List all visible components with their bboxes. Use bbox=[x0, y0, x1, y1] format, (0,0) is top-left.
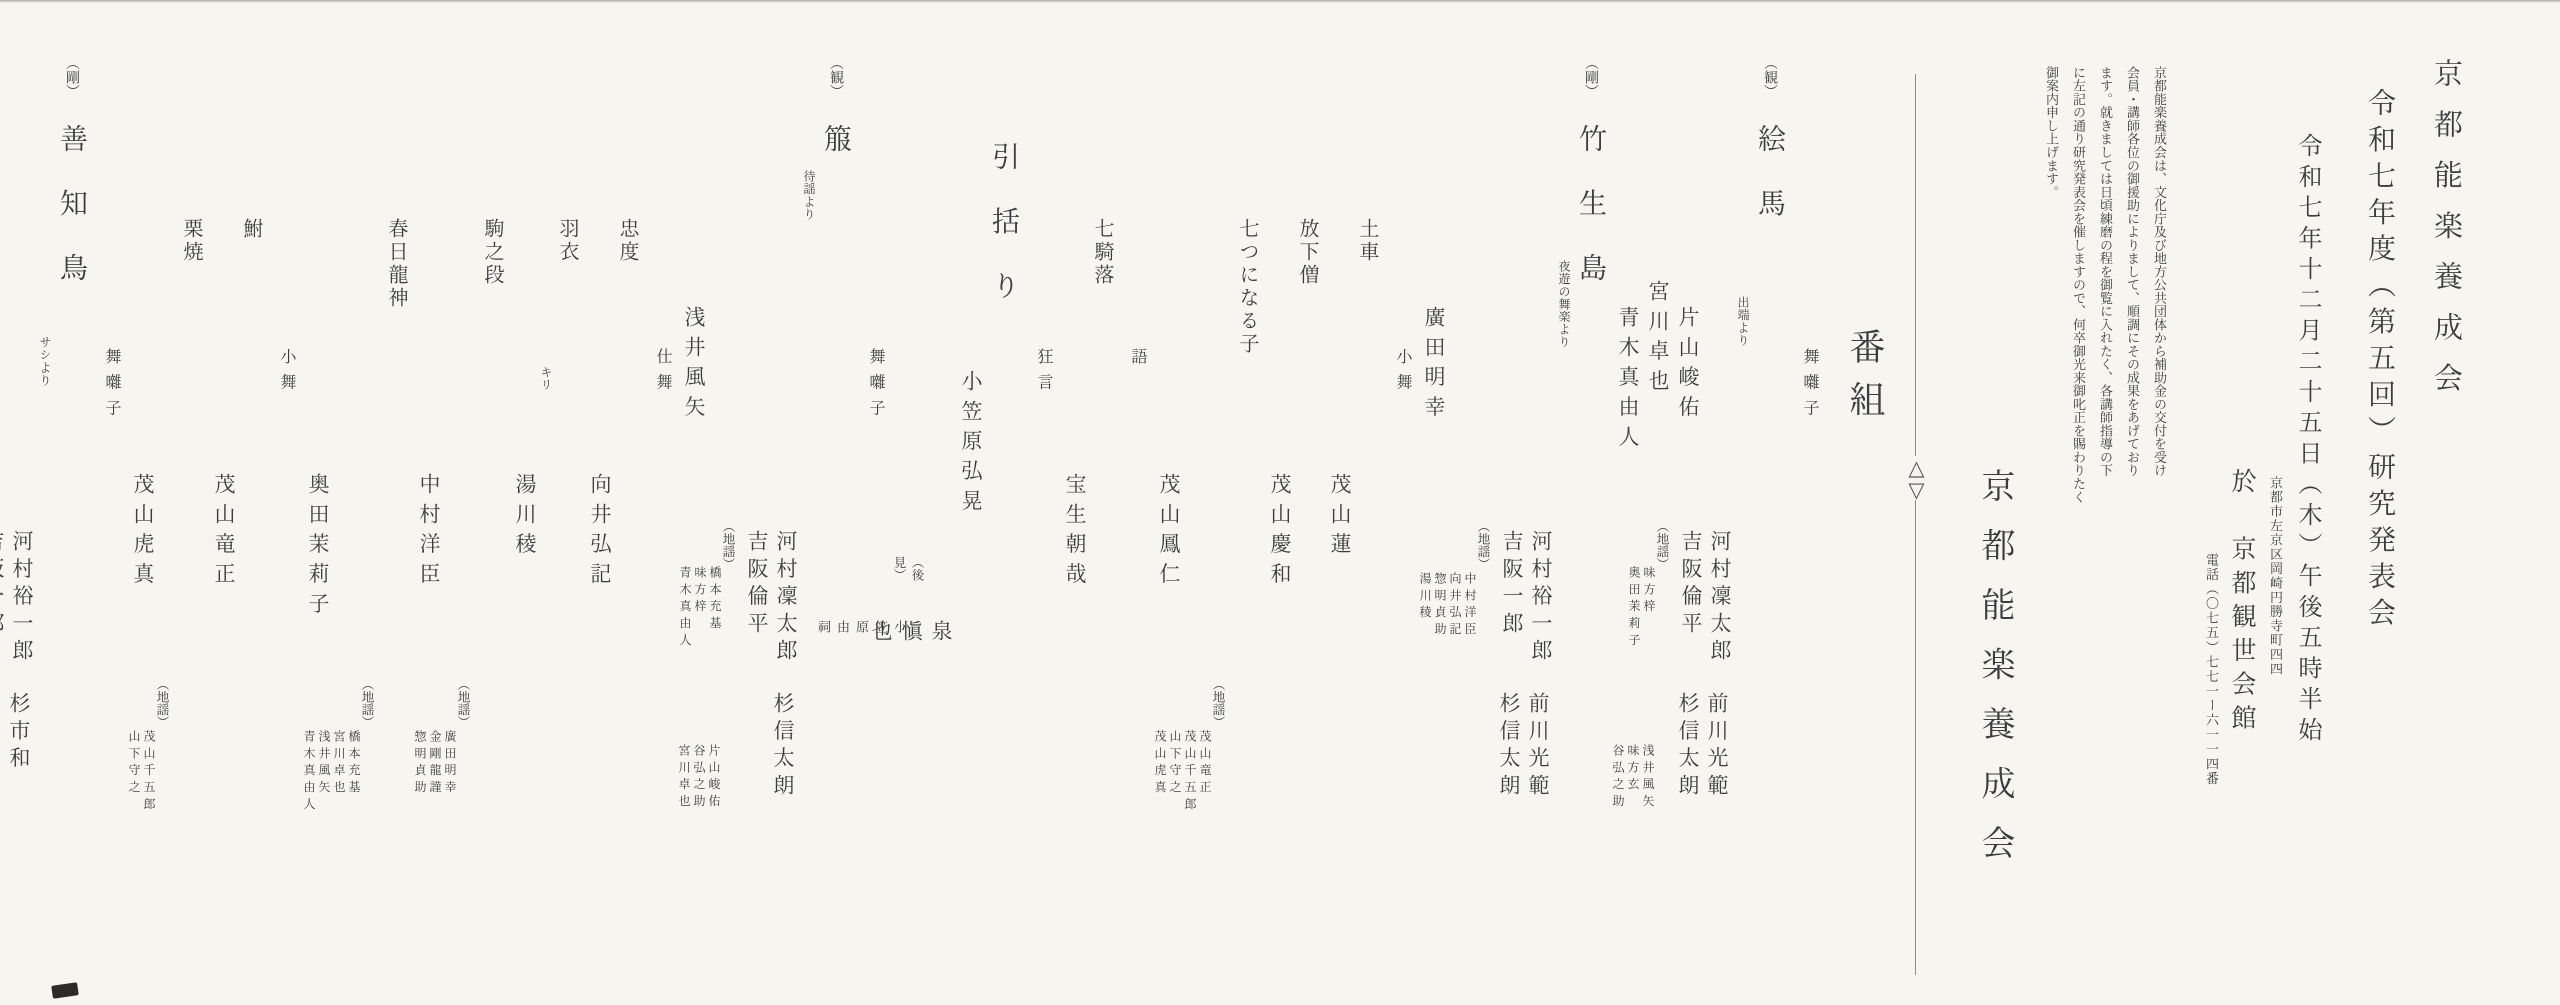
performer-name: 茂山蓮 bbox=[1327, 48, 1355, 678]
program-group: 語七騎落宝生朝哉 bbox=[1060, 48, 1150, 989]
performer-name: 向井弘記 bbox=[587, 48, 615, 678]
performer-name: 茂山竜正 bbox=[211, 48, 239, 678]
jiutai-label: （地謡） bbox=[158, 678, 171, 978]
jiutai-column: 茂山虎真 bbox=[1155, 678, 1169, 978]
musician-name: 吉阪倫平 bbox=[745, 530, 769, 639]
piece-title-col: （剛）竹生島 bbox=[1575, 48, 1611, 989]
scanned-noh-program: 京都能楽養成会 令和七年度（第五回）研究発表会 令和七年十二月二十五日（木）午後… bbox=[0, 0, 2560, 1005]
program-group: 小舞土車茂山蓮放下僧茂山慶和七つになる子茂山鳳仁（地謡）茂山竜正茂山千五郎山下守… bbox=[1154, 48, 1415, 989]
piece-title: 善知鳥 bbox=[56, 124, 89, 317]
lower-band: （地謡）橋本充基宮川卓也浅井風矢青木真由人 bbox=[303, 678, 384, 978]
piece-title-col: 栗焼 bbox=[181, 48, 207, 989]
genre-label: 小舞 bbox=[275, 48, 299, 989]
greeting-line: 御案内申し上げます。 bbox=[2044, 48, 2060, 989]
program-group: 小舞鮒茂山竜正栗焼茂山虎真（地謡）茂山千五郎山下守之 bbox=[128, 48, 299, 989]
musicians-block: 河村裕一郎杉市和吉阪一郎 bbox=[0, 520, 37, 940]
greeting-paragraph: 京都能楽養成会は、文化庁及び地方公共団体から補助金の交付を受け 会員・講師各位の… bbox=[2044, 48, 2168, 989]
musician-name: 河村凜太郎 bbox=[1708, 530, 1732, 667]
program-sheet: 京都能楽養成会 令和七年度（第五回）研究発表会 令和七年十二月二十五日（木）午後… bbox=[0, 0, 2560, 1005]
musician-name: 吉阪一郎 bbox=[0, 530, 5, 639]
performer-band: 奥田茉莉子 bbox=[303, 48, 333, 678]
piece: 放下僧茂山慶和 bbox=[1265, 48, 1323, 989]
performer-name: 中村洋臣 bbox=[416, 48, 444, 678]
piece-title-col: 鮒 bbox=[241, 48, 267, 989]
performer-name: 宮川卓也 bbox=[1645, 48, 1673, 520]
piece: （観）箙待謡より浅井風矢河村凜太郎杉信太朗吉阪倫平（地謡）橋本充基片山峻佑味方梓… bbox=[679, 48, 856, 989]
jiutai-name: 茂山千五郎 bbox=[1183, 730, 1197, 814]
jiutai-column: 奥田茉莉子味方玄 bbox=[1629, 520, 1643, 940]
jiutai-name: 茂山虎真 bbox=[1153, 730, 1167, 797]
jiutai-label: （地謡） bbox=[459, 678, 472, 978]
jiutai-name: 味方梓 bbox=[693, 566, 707, 616]
performer-name: 宝生朝哉 bbox=[1062, 48, 1090, 678]
piece: （剛）善知鳥サシより惣明貞助河村裕一郎杉市和吉阪一郎（地謡）廣田明幸湯川稜中村洋… bbox=[0, 48, 92, 989]
jiutai-column: 湯川稜 bbox=[1420, 520, 1434, 940]
greeting-line: ます。就きましては日頃練磨の程を御覧に入れたく、各講師指導の下 bbox=[2098, 48, 2114, 989]
performer-name: 片山峻佑 bbox=[1675, 48, 1703, 520]
lower-band: （地謡）廣田明幸金剛龍謹惣明貞助 bbox=[414, 678, 480, 978]
jiutai-block: （地謡）茂山竜正茂山千五郎山下守之茂山虎真 bbox=[1154, 678, 1227, 978]
jiutai-block: （地謡）中村洋臣向井弘記惣明貞助湯川稜 bbox=[1419, 520, 1492, 940]
performer-name: 茂山鳳仁 bbox=[1156, 48, 1184, 678]
performers-area: 茂山竜正 bbox=[209, 48, 239, 678]
jiutai-name: 惣明貞助 bbox=[1433, 572, 1447, 639]
jiutai-column: 廣田明幸 bbox=[445, 678, 459, 978]
jiutai-name: 廣田明幸 bbox=[443, 730, 457, 797]
performers-area: 片山峻佑宮川卓也青木真由人河村凜太郎前川光範吉阪倫平杉信太朗（地謡）味方梓浅井風… bbox=[1613, 48, 1737, 940]
program-group: 舞囃子（剛）善知鳥サシより惣明貞助河村裕一郎杉市和吉阪一郎（地謡）廣田明幸湯川稜… bbox=[0, 48, 124, 989]
performer-band: 浅井風矢 bbox=[679, 48, 709, 520]
performer-band: 宝生朝哉 bbox=[1060, 48, 1090, 678]
piece-title: 忠度 bbox=[616, 218, 640, 264]
lower-band: 河村凜太郎杉信太朗吉阪倫平（地謡）橋本充基片山峻佑味方梓谷弘之助青木真由人宮川卓… bbox=[679, 520, 803, 940]
piece-title: 引括り bbox=[988, 142, 1021, 335]
piece-title: 絵馬 bbox=[1754, 124, 1787, 253]
jiutai-column: 青木真由人宮川卓也 bbox=[680, 520, 694, 940]
program-group: 仕舞忠度向井弘記羽衣キリ湯川稜駒之段中村洋臣（地謡）廣田明幸金剛龍謹惣明貞助春日… bbox=[303, 48, 675, 989]
performer-band: 茂山虎真 bbox=[128, 48, 158, 678]
performers-area: 茂山蓮 bbox=[1325, 48, 1355, 678]
event-datetime: 令和七年十二月二十五日（木）午後五時半始 bbox=[2286, 48, 2326, 989]
musician-column: 吉阪一郎 bbox=[0, 520, 8, 940]
jiutai-column: 浅井風矢 bbox=[319, 678, 333, 978]
jiutai-column: 山下守之 bbox=[129, 678, 143, 978]
performer-name: 小笠原弘晃 bbox=[958, 48, 986, 520]
greeting-line: に左記の通り研究発表会を催しますので、何卒御光来御叱正を賜わりたく bbox=[2071, 48, 2087, 989]
musician-column: 吉阪一郎杉信太朗 bbox=[1499, 520, 1527, 940]
jiutai-column: 茂山千五郎 bbox=[1185, 678, 1199, 978]
musicians-block: 河村凜太郎杉信太朗吉阪倫平 bbox=[743, 520, 801, 940]
piece: 土車茂山蓮 bbox=[1325, 48, 1383, 989]
lower-band: 河村裕一郎杉市和吉阪一郎（地謡）廣田明幸湯川稜中村洋臣金剛龍謹向井弘記 bbox=[0, 520, 39, 940]
venue-phone: 電話（〇七五）七七一ー六一一四番 bbox=[2202, 48, 2220, 989]
performer-band: 茂山竜正 bbox=[209, 48, 239, 678]
performer-name: 湯川稜 bbox=[512, 48, 540, 678]
musician-column: 河村裕一郎杉市和 bbox=[9, 520, 37, 940]
jiutai-label: （地謡） bbox=[1658, 520, 1671, 940]
jiutai-block: （地謡）橋本充基片山峻佑味方梓谷弘之助青木真由人宮川卓也 bbox=[679, 520, 737, 940]
piece-title: 春日龍神 bbox=[385, 218, 409, 310]
jiutai-label: （地謡） bbox=[1479, 520, 1492, 940]
piece: 引括り小笠原弘晃泉愼也（後見）小笠原由祠 bbox=[892, 48, 1024, 989]
piece: （観）絵馬出端より片山峻佑宮川卓也青木真由人河村凜太郎前川光範吉阪倫平杉信太朗（… bbox=[1613, 48, 1790, 989]
jiutai-column: 惣明貞助 bbox=[1435, 520, 1449, 940]
jiutai-column: 惣明貞助 bbox=[415, 678, 429, 978]
jiutai-column: 茂山竜正 bbox=[1200, 678, 1214, 978]
divider-line bbox=[1915, 74, 1917, 975]
performer-band: 茂山鳳仁 bbox=[1154, 48, 1184, 678]
jiutai-block: （地謡）橋本充基宮川卓也浅井風矢青木真由人 bbox=[303, 678, 376, 978]
piece: 羽衣キリ湯川稜 bbox=[510, 48, 583, 989]
performers-area: 中村洋臣（地謡）廣田明幸金剛龍謹惣明貞助 bbox=[414, 48, 480, 978]
musician-name: 杉信太朗 bbox=[1673, 692, 1703, 801]
genre-label: 舞囃子 bbox=[1798, 48, 1822, 989]
piece-title-col: 羽衣 bbox=[557, 48, 583, 989]
performers-area: 宝生朝哉 bbox=[1060, 48, 1090, 678]
jiutai-column: 宮川卓也 bbox=[334, 678, 348, 978]
piece-title: 栗焼 bbox=[180, 218, 204, 264]
jiutai-name: 湯川稜 bbox=[1418, 572, 1432, 622]
piece: 春日龍神奥田茉莉子（地謡）橋本充基宮川卓也浅井風矢青木真由人 bbox=[303, 48, 412, 989]
jiutai-name: 向井弘記 bbox=[1448, 572, 1462, 639]
piece-title: 竹生島 bbox=[1575, 124, 1608, 317]
genre-label: 狂言 bbox=[1032, 48, 1056, 989]
performer-name: 茂山虎真 bbox=[130, 48, 158, 678]
school-mark: （観） bbox=[1762, 56, 1778, 98]
musicians-block: 河村凜太郎前川光範吉阪倫平杉信太朗 bbox=[1677, 520, 1735, 940]
jiutai-column: 向井弘記 bbox=[1450, 520, 1464, 940]
piece-title-col: （観）箙 bbox=[820, 48, 856, 989]
performers-area: 浅井風矢河村凜太郎杉信太朗吉阪倫平（地謡）橋本充基片山峻佑味方梓谷弘之助青木真由… bbox=[679, 48, 803, 940]
piece-title-col: 放下僧 bbox=[1297, 48, 1323, 989]
piece-title: 箙 bbox=[820, 124, 853, 188]
jiutai-name: 谷弘之助 bbox=[1610, 744, 1627, 811]
musicians-block: 河村裕一郎前川光範吉阪一郎杉信太朗 bbox=[1498, 520, 1556, 940]
performers-area: 奥田茉莉子（地謡）橋本充基宮川卓也浅井風矢青木真由人 bbox=[303, 48, 384, 978]
musician-name: 河村裕一郎 bbox=[10, 530, 34, 667]
jiutai-name: 惣明貞助 bbox=[413, 730, 427, 797]
performer-name: 茂山慶和 bbox=[1267, 48, 1295, 678]
piece-title-col: 引括り bbox=[988, 48, 1024, 989]
performers-area: 茂山虎真（地謡）茂山千五郎山下守之 bbox=[128, 48, 179, 978]
musician-column: 河村裕一郎前川光範 bbox=[1528, 520, 1556, 940]
jiutai-name: 山下守之 bbox=[1168, 730, 1182, 797]
jiutai-name: 宮川卓也 bbox=[332, 730, 346, 797]
piece-title: 駒之段 bbox=[481, 218, 505, 287]
piece: 七騎落宝生朝哉 bbox=[1060, 48, 1118, 989]
piece-title: 七騎落 bbox=[1091, 218, 1115, 287]
performer-name: 浅井風矢 bbox=[681, 48, 709, 520]
performers-area: 廣田明幸河村裕一郎前川光範吉阪一郎杉信太朗（地謡）中村洋臣向井弘記惣明貞助湯川稜 bbox=[1419, 48, 1558, 940]
performer-band: 廣田明幸 bbox=[1419, 48, 1449, 520]
piece-title-col: （観）絵馬 bbox=[1754, 48, 1790, 989]
performer-name: 廣田明幸 bbox=[1421, 48, 1449, 520]
jiutai-column: 谷弘之助 bbox=[1614, 520, 1628, 940]
program-heading: 番組 bbox=[1834, 48, 1890, 989]
venue-name: 於 京都観世会館 bbox=[2222, 48, 2260, 989]
jiutai-name: 浅井風矢 bbox=[317, 730, 331, 797]
jiutai-column: 茂山千五郎 bbox=[144, 678, 158, 978]
jiutai-label: （地謡） bbox=[363, 678, 376, 978]
jiutai-column: 山下守之 bbox=[1170, 678, 1184, 978]
genre-label: 仕舞 bbox=[651, 48, 675, 989]
performer-band: 茂山慶和 bbox=[1265, 48, 1295, 678]
jiutai-block: （地謡）茂山千五郎山下守之 bbox=[128, 678, 171, 978]
jiutai-label: （地謡） bbox=[724, 520, 737, 940]
piece-title-col: 忠度 bbox=[617, 48, 643, 989]
jiutai-name: 奥田茉莉子 bbox=[1627, 566, 1641, 650]
greeting-line: 京都能楽養成会は、文化庁及び地方公共団体から補助金の交付を受け bbox=[2152, 48, 2168, 989]
piece-title-col: 土車 bbox=[1357, 48, 1383, 989]
piece-title: 羽衣 bbox=[556, 218, 580, 264]
greeting-line: 会員・講師各位の御援助によりまして、順調にその成果をあげており bbox=[2125, 48, 2141, 989]
jiutai-name: 青木真由人 bbox=[678, 566, 692, 650]
musician-name: 前川光範 bbox=[1523, 692, 1553, 801]
musician-name: 河村凜太郎 bbox=[774, 530, 798, 667]
performer-band: 向井弘記 bbox=[585, 48, 615, 678]
jiutai-name: 茂山千五郎 bbox=[142, 730, 156, 814]
event-title: 令和七年度（第五回）研究発表会 bbox=[2356, 48, 2400, 989]
performer-name: 奥田茉莉子 bbox=[305, 48, 333, 678]
school-mark: （剛） bbox=[1583, 56, 1599, 98]
jiutai-block: （地謡）廣田明幸金剛龍謹惣明貞助 bbox=[414, 678, 472, 978]
jiutai-name: 中村洋臣 bbox=[1463, 572, 1477, 639]
jiutai-column: 青木真由人 bbox=[304, 678, 318, 978]
performers-area: 向井弘記 bbox=[585, 48, 615, 678]
greeting-signature: 京都能楽養成会 bbox=[1970, 48, 2020, 989]
performers-area: 小笠原弘晃泉愼也（後見）小笠原由祠 bbox=[892, 48, 986, 520]
jiutai-name: 金剛龍謹 bbox=[428, 730, 442, 797]
musician-name: 杉市和 bbox=[4, 692, 34, 774]
musician-column: 河村凜太郎杉信太朗 bbox=[773, 520, 801, 940]
jiutai-name: 茂山竜正 bbox=[1198, 730, 1212, 797]
piece: 七つになる子茂山鳳仁（地謡）茂山竜正茂山千五郎山下守之茂山虎真 bbox=[1154, 48, 1263, 989]
performer-name: 青木真由人 bbox=[1615, 48, 1643, 520]
jiutai-name: 橋本充基 bbox=[347, 730, 361, 797]
musician-column: 河村凜太郎前川光範 bbox=[1707, 520, 1735, 940]
piece: （剛）竹生島夜遊の舞楽より廣田明幸河村裕一郎前川光範吉阪一郎杉信太朗（地謡）中村… bbox=[1419, 48, 1611, 989]
jiutai-column: 金剛龍謹 bbox=[430, 678, 444, 978]
program-group: 舞囃子（観）箙待謡より浅井風矢河村凜太郎杉信太朗吉阪倫平（地謡）橋本充基片山峻佑… bbox=[679, 48, 888, 989]
genre-label: 語 bbox=[1126, 48, 1150, 989]
performers-area: 湯川稜 bbox=[510, 48, 540, 678]
jiutai-name: 橋本充基 bbox=[708, 566, 722, 633]
jiutai-column: 中村洋臣 bbox=[1465, 520, 1479, 940]
piece-annotation: 待謡より bbox=[803, 48, 818, 989]
musician-column: 吉阪倫平杉信太朗 bbox=[1678, 520, 1706, 940]
jiutai-label: （地謡） bbox=[1214, 678, 1227, 978]
musician-name: 前川光範 bbox=[1702, 692, 1732, 801]
lower-band: 河村凜太郎前川光範吉阪倫平杉信太朗（地謡）味方梓浅井風矢奥田茉莉子味方玄谷弘之助 bbox=[1613, 520, 1737, 940]
koken-name: 小笠原由祠 bbox=[892, 48, 908, 620]
lower-band: （地謡）茂山千五郎山下守之 bbox=[128, 678, 179, 978]
piece-title-col: 春日龍神 bbox=[386, 48, 412, 989]
divider-ornament: △▽ bbox=[1906, 456, 1927, 500]
jiutai-name: 宮川卓也 bbox=[676, 744, 693, 811]
piece-title-col: 七つになる子 bbox=[1237, 48, 1263, 989]
musician-name: 杉信太朗 bbox=[1494, 692, 1524, 801]
performer-band: 湯川稜 bbox=[510, 48, 540, 678]
performer-name: 泉愼也 bbox=[928, 48, 956, 620]
jiutai-block: （地謡）味方梓浅井風矢奥田茉莉子味方玄谷弘之助 bbox=[1613, 520, 1671, 940]
lower-band: （地謡）茂山竜正茂山千五郎山下守之茂山虎真 bbox=[1154, 678, 1235, 978]
jiutai-column: 橋本充基 bbox=[349, 678, 363, 978]
program-group: 舞囃子（観）絵馬出端より片山峻佑宮川卓也青木真由人河村凜太郎前川光範吉阪倫平杉信… bbox=[1419, 48, 1822, 989]
jiutai-name: 青木真由人 bbox=[302, 730, 316, 814]
piece-annotation: キリ bbox=[540, 48, 555, 989]
musician-name: 杉信太朗 bbox=[768, 692, 798, 801]
performers-area: 茂山慶和 bbox=[1265, 48, 1295, 678]
lower-band: 河村裕一郎前川光範吉阪一郎杉信太朗（地謡）中村洋臣向井弘記惣明貞助湯川稜 bbox=[1419, 520, 1558, 940]
genre-label: 小舞 bbox=[1391, 48, 1415, 989]
section-divider: △▽ bbox=[1900, 48, 1930, 989]
jiutai-column: 橋本充基片山峻佑 bbox=[710, 520, 724, 940]
piece: 栗焼茂山虎真（地謡）茂山千五郎山下守之 bbox=[128, 48, 207, 989]
piece-title-col: 駒之段 bbox=[482, 48, 508, 989]
jiutai-column: 味方梓谷弘之助 bbox=[695, 520, 709, 940]
jiutai-name: 味方梓 bbox=[1642, 566, 1656, 616]
musician-name: 吉阪倫平 bbox=[1679, 530, 1703, 639]
performers-area: 茂山鳳仁（地謡）茂山竜正茂山千五郎山下守之茂山虎真 bbox=[1154, 48, 1235, 978]
piece-title: 鮒 bbox=[240, 218, 264, 241]
school-mark: （観） bbox=[828, 56, 844, 98]
piece: 忠度向井弘記 bbox=[585, 48, 643, 989]
jiutai-name: 山下守之 bbox=[127, 730, 141, 797]
piece-title: 七つになる子 bbox=[1236, 218, 1260, 356]
piece-title-col: （剛）善知鳥 bbox=[56, 48, 92, 989]
genre-label: 舞囃子 bbox=[100, 48, 124, 989]
koken-label: （後見） bbox=[910, 48, 926, 556]
piece-title-col: 七騎落 bbox=[1092, 48, 1118, 989]
performer-band: 中村洋臣 bbox=[414, 48, 444, 678]
piece: 駒之段中村洋臣（地謡）廣田明幸金剛龍謹惣明貞助 bbox=[414, 48, 508, 989]
performer-band: 小笠原弘晃泉愼也（後見）小笠原由祠 bbox=[892, 48, 986, 520]
piece-title: 放下僧 bbox=[1296, 218, 1320, 287]
genre-label: 舞囃子 bbox=[864, 48, 888, 989]
organization-title: 京都能楽養成会 bbox=[2422, 48, 2468, 989]
performers-area: 惣明貞助河村裕一郎杉市和吉阪一郎（地謡）廣田明幸湯川稜中村洋臣金剛龍謹向井弘記 bbox=[0, 48, 39, 940]
piece: 鮒茂山竜正 bbox=[209, 48, 267, 989]
performer-band: 茂山蓮 bbox=[1325, 48, 1355, 678]
musician-name: 河村裕一郎 bbox=[1529, 530, 1553, 667]
program-group: 狂言引括り小笠原弘晃泉愼也（後見）小笠原由祠 bbox=[892, 48, 1056, 989]
venue-address: 京都市左京区岡崎円勝寺町四四 bbox=[2266, 48, 2284, 989]
musician-name: 吉阪一郎 bbox=[1500, 530, 1524, 639]
school-mark: （剛） bbox=[64, 56, 80, 98]
performer-band: 片山峻佑宮川卓也青木真由人 bbox=[1613, 48, 1703, 520]
jiutai-column: 味方梓浅井風矢 bbox=[1644, 520, 1658, 940]
piece-title: 土車 bbox=[1356, 218, 1380, 264]
musician-column: 吉阪倫平 bbox=[744, 520, 772, 940]
